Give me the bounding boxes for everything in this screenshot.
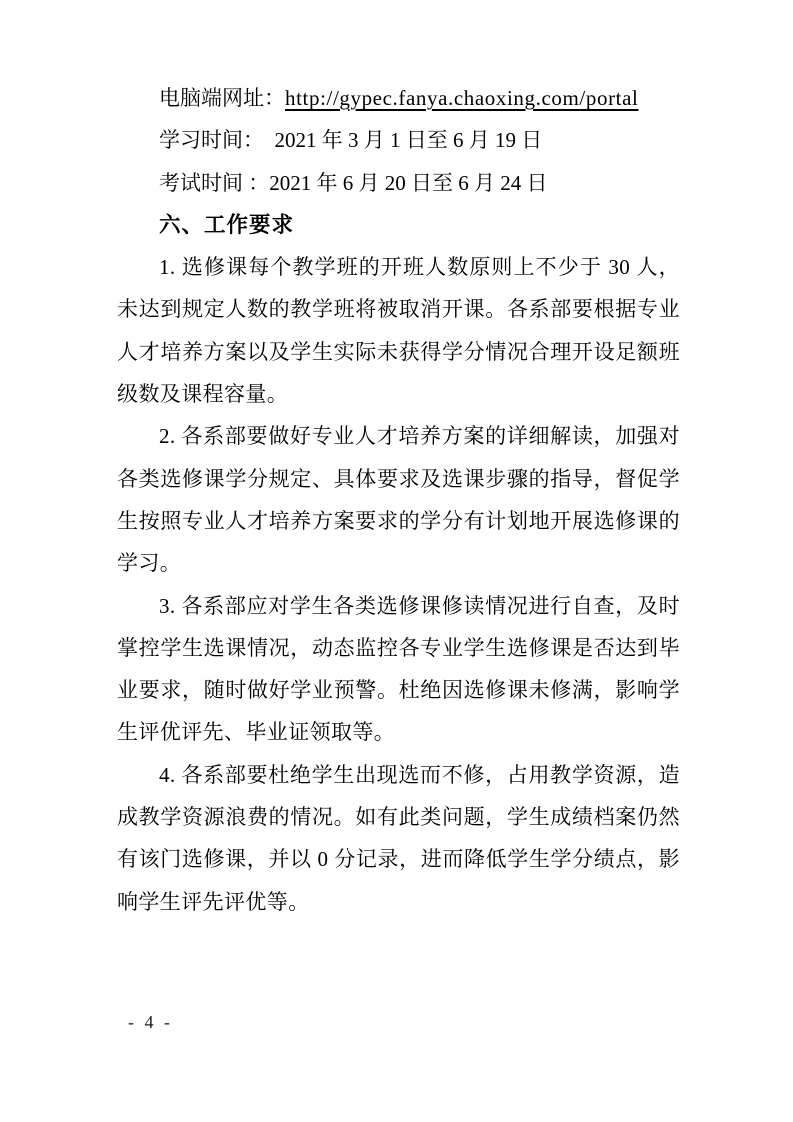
section-heading: 六、工作要求 — [117, 204, 680, 246]
paragraph-self-check: 3. 各系部应对学生各类选修课修读情况进行自查，及时掌控学生选课情况，动态监控各… — [117, 585, 680, 754]
paragraph-plan-guidance: 2. 各系部要做好专业人才培养方案的详细解读，加强对各类选修课学分规定、具体要求… — [117, 415, 680, 584]
paragraph-class-size-rule: 1. 选修课每个教学班的开班人数原则上不少于 30 人，未达到规定人数的教学班将… — [117, 246, 680, 415]
document-page: 电脑端网址：http://gypec.fanya.chaoxing.com/po… — [0, 0, 793, 1122]
url-line: 电脑端网址：http://gypec.fanya.chaoxing.com/po… — [117, 77, 680, 119]
paragraph-resource-waste: 4. 各系部要杜绝学生出现选而不修，占用教学资源，造成教学资源浪费的情况。如有此… — [117, 754, 680, 923]
url-label: 电脑端网址： — [159, 86, 285, 110]
study-time-line: 学习时间： 2021 年 3 月 1 日至 6 月 19 日 — [117, 119, 680, 161]
portal-link[interactable]: http://gypec.fanya.chaoxing.com/portal — [285, 86, 638, 110]
document-body: 电脑端网址：http://gypec.fanya.chaoxing.com/po… — [117, 77, 680, 923]
exam-time-line: 考试时间 ：2021 年 6 月 20 日至 6 月 24 日 — [117, 162, 680, 204]
page-number: - 4 - — [128, 1012, 173, 1033]
